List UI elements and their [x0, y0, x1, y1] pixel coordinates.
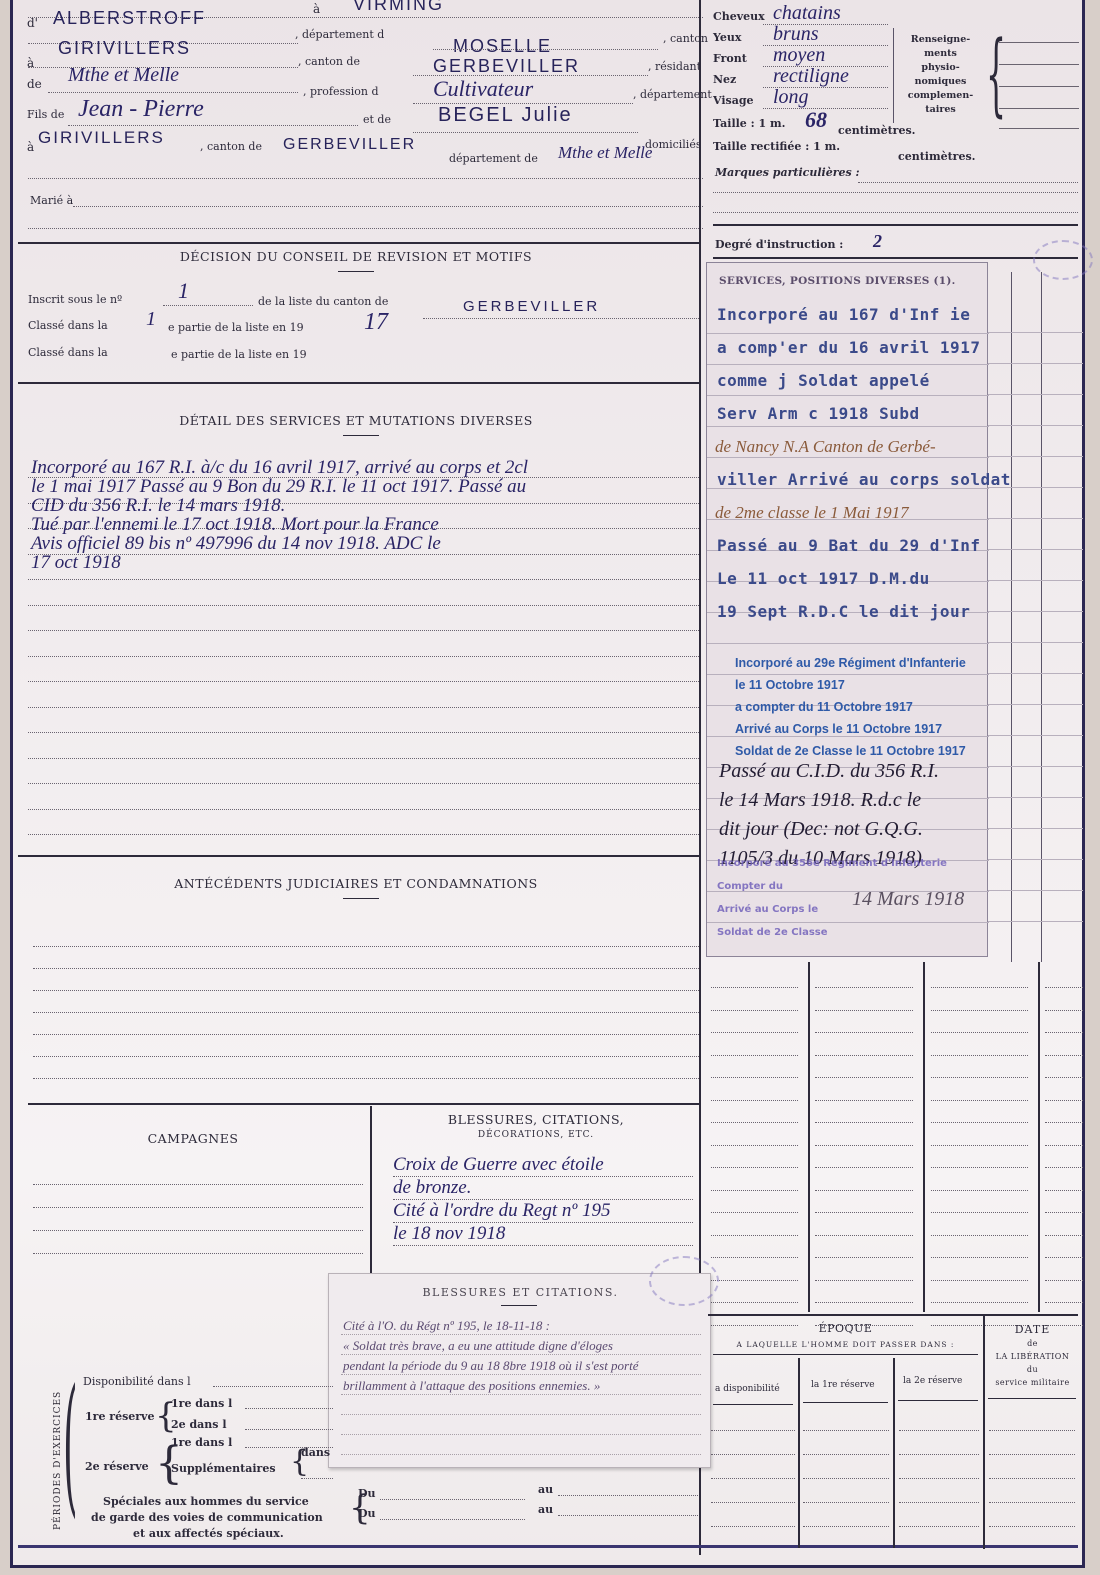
- stamp-line: Le 11 oct 1917 D.M.du: [717, 569, 930, 588]
- date-title-line: du: [985, 1363, 1080, 1376]
- reserve2-item: Supplémentaires: [171, 1462, 276, 1475]
- dotted-line: [558, 1495, 698, 1496]
- periodes-section: PÉRIODES D'EXERCICES ( Disponibilité dan…: [13, 1350, 333, 1550]
- dotted-line: [815, 1302, 913, 1303]
- taille-value: 68: [805, 107, 827, 133]
- dotted-line: [33, 946, 699, 947]
- dotted-line: [711, 1454, 795, 1455]
- dotted-line: [815, 1190, 913, 1191]
- dotted-line: [341, 1334, 701, 1335]
- renseignements-line: Renseigne-: [898, 33, 983, 47]
- reserve2-label: 2e réserve: [85, 1460, 149, 1473]
- dotted-line: [989, 1526, 1075, 1527]
- dotted-line: [33, 1078, 699, 1079]
- liste-canton-value: GERBEVILLER: [463, 298, 600, 315]
- renseignements-label: Renseigne-mentsphysio-nomiquescomplemen-…: [898, 33, 983, 117]
- dotted-line: [245, 1408, 333, 1409]
- residence-value: GIRIVILLERS: [58, 38, 191, 59]
- taille-rectifiee-unit: centimètres.: [898, 150, 976, 163]
- dotted-line: [33, 1253, 363, 1254]
- underbar: [338, 271, 374, 272]
- services-detail-section: DÉTAIL DES SERVICES ET MUTATIONS DIVERSE…: [13, 385, 699, 855]
- signalement-value: moyen: [773, 44, 825, 67]
- dotted-line: [815, 1212, 913, 1213]
- stamp2-line: a compter du 11 Octobre 1917: [735, 700, 913, 714]
- column-line: [923, 962, 925, 1312]
- speciales-dates: Du au Du au: [358, 1485, 703, 1535]
- signalement-label: Cheveux: [713, 10, 765, 23]
- dotted-line: [931, 1100, 1028, 1101]
- epoque-table: ÉPOQUE A LAQUELLE L'HOMME DOIT PASSER DA…: [703, 1312, 1088, 1547]
- dotted-line: [803, 1502, 889, 1503]
- signalement-value: bruns: [773, 23, 819, 46]
- label-canton-de-2: , canton de: [200, 140, 262, 153]
- dotted-line: [815, 1257, 913, 1258]
- dotted-line: [341, 1454, 701, 1455]
- faded-stamp-line: Arrivé au Corps le: [717, 904, 818, 915]
- au-label: au: [538, 1503, 553, 1516]
- dotted-line: [1045, 1077, 1083, 1078]
- services-detail-title: DÉTAIL DES SERVICES ET MUTATIONS DIVERSE…: [13, 413, 699, 428]
- dotted-line: [931, 1235, 1028, 1236]
- stamp-line: Serv Arm c 1918 Subd: [717, 404, 920, 423]
- faded-date: 14 Mars 1918: [852, 888, 964, 911]
- birth-place-value: VIRMING: [353, 0, 444, 15]
- rule: [713, 224, 1078, 226]
- dotted-line: [931, 1167, 1028, 1168]
- handwritten-line: le 14 Mars 1918. R.d.c le: [719, 789, 921, 812]
- line: [999, 86, 1079, 87]
- dotted-line: [815, 1100, 913, 1101]
- dotted-line: [1045, 1145, 1083, 1146]
- dotted-line: [713, 212, 1078, 213]
- signalement-value: rectiligne: [773, 65, 849, 88]
- reserve1-label: 1re réserve: [85, 1410, 154, 1423]
- signalement-label: Nez: [713, 73, 736, 86]
- dotted-line: [711, 1032, 798, 1033]
- speciales-line: et aux affectés spéciaux.: [133, 1527, 284, 1540]
- taille-unit: centimètres.: [838, 124, 916, 137]
- dotted-line: [413, 132, 638, 133]
- signalement-value: chatains: [773, 2, 841, 25]
- dotted-line: [711, 1190, 798, 1191]
- dotted-line: [1045, 1257, 1083, 1258]
- label-fils-de: Fils de: [27, 108, 64, 121]
- dotted-line: [711, 1280, 798, 1281]
- marques-label: Marques particulières :: [715, 166, 860, 179]
- dotted-line: [711, 1212, 798, 1213]
- periodes-side-label: PÉRIODES D'EXERCICES: [53, 1391, 63, 1530]
- dotted-line: [815, 1077, 913, 1078]
- stamp2-line: le 11 Octobre 1917: [735, 678, 845, 692]
- dotted-line: [423, 318, 699, 319]
- faded-stamp-line: Soldat de 2e Classe: [717, 927, 828, 938]
- classe1-label-b: e partie de la liste en 19: [168, 321, 304, 334]
- dotted-line: [803, 1478, 889, 1479]
- rule: [898, 1400, 978, 1401]
- date-title-line: DATE: [985, 1322, 1080, 1337]
- departement-residence-value: Mthe et Melle: [68, 64, 179, 87]
- dotted-line: [931, 987, 1028, 988]
- dotted-line: [815, 1145, 913, 1146]
- antecedents-section: ANTÉCÉDENTS JUDICIAIRES ET CONDAMNATIONS: [13, 858, 699, 1103]
- dotted-line: [341, 1434, 701, 1435]
- canton-residence-value: GERBEVILLER: [433, 56, 580, 77]
- dotted-line: [1045, 1212, 1083, 1213]
- dotted-line: [815, 1032, 913, 1033]
- dotted-line: [803, 1430, 889, 1431]
- signalement-title: SIGNALEMENT: [858, 0, 954, 3]
- rule: [713, 1354, 978, 1355]
- dotted-line: [931, 1257, 1028, 1258]
- dotted-line: [1045, 1010, 1083, 1011]
- label-canton: , canton: [663, 32, 708, 45]
- dotted-line: [1045, 1122, 1083, 1123]
- blessures-line: Croix de Guerre avec étoile: [393, 1154, 604, 1176]
- dotted-line: [1045, 1055, 1083, 1056]
- signalement-label: Visage: [713, 94, 754, 107]
- renseignements-line: nomiques: [898, 75, 983, 89]
- ruled-lines: [988, 302, 1083, 952]
- dotted-line: [393, 1245, 693, 1246]
- dotted-line: [341, 1354, 701, 1355]
- epoque-col-reserve1: la 1re réserve: [811, 1380, 875, 1390]
- liste-canton-label: de la liste du canton de: [258, 295, 388, 308]
- dotted-line: [33, 1034, 699, 1035]
- campagnes-blessures-section: CAMPAGNES BLESSURES, CITATIONS, DÉCORATI…: [13, 1106, 699, 1281]
- line: [999, 42, 1079, 43]
- speciales-line: de garde des voies de communication: [91, 1511, 323, 1524]
- dotted-line: [163, 305, 253, 306]
- dotted-line: [33, 1184, 363, 1185]
- label-canton-de: , canton de: [298, 55, 360, 68]
- stamp-line: de Nancy N.A Canton de Gerbé-: [715, 437, 936, 457]
- rule: [18, 382, 700, 384]
- signalement-value: long: [773, 86, 809, 109]
- dotted-line: [711, 1478, 795, 1479]
- dotted-line: [33, 990, 699, 991]
- canton-birth-value: ALBERSTROFF: [53, 8, 206, 29]
- epoque-subtitle: A LAQUELLE L'HOMME DOIT PASSER DANS :: [703, 1340, 988, 1349]
- speciales-line: Spéciales aux hommes du service: [103, 1495, 309, 1508]
- registry-columns: [703, 962, 1088, 1312]
- dotted-line: [815, 1122, 913, 1123]
- blessures-line: de bronze.: [393, 1177, 471, 1199]
- dotted-line: [1045, 1032, 1083, 1033]
- renseignements-line: taires: [898, 103, 983, 117]
- dotted-line: [301, 1478, 333, 1479]
- dotted-line: [28, 758, 699, 759]
- dotted-line: [1045, 1235, 1083, 1236]
- parents-canton-value: GERBEVILLER: [283, 136, 416, 154]
- parents-place-value: GIRIVILLERS: [38, 128, 165, 148]
- dotted-line: [711, 1430, 795, 1431]
- reserve2-item: 1re dans l: [171, 1436, 232, 1449]
- dotted-line: [380, 1499, 525, 1500]
- dotted-line: [931, 1145, 1028, 1146]
- profession-value: Cultivateur: [433, 76, 533, 102]
- dotted-line: [899, 1526, 979, 1527]
- dotted-line: [28, 834, 699, 835]
- dotted-line: [28, 656, 699, 657]
- dotted-line: [28, 732, 699, 733]
- label-marie: Marié à: [30, 194, 73, 207]
- handwritten-line: dit jour (Dec: not G.Q.G.: [719, 818, 923, 841]
- dotted-line: [989, 1478, 1075, 1479]
- du-label: Du: [358, 1507, 376, 1520]
- identity-section: à VIRMING d' ALBERSTROFF , département d…: [13, 0, 703, 235]
- citation-line: brillamment à l'attaque des positions en…: [343, 1378, 600, 1394]
- parents-departement-value: Mthe et Melle: [558, 143, 652, 163]
- dotted-line: [899, 1478, 979, 1479]
- dotted-line: [815, 1010, 913, 1011]
- faded-stamp-line: Compter du: [717, 881, 783, 892]
- blessures-line: Cité à l'ordre du Regt nº 195: [393, 1200, 611, 1222]
- ink-stamp: [649, 1256, 719, 1306]
- label-residant: , résidant: [648, 60, 701, 73]
- citation-line: pendant la période du 9 au 18 8bre 1918 …: [343, 1358, 639, 1374]
- reserve1-item: 2e dans l: [171, 1418, 227, 1431]
- dotted-line: [28, 579, 699, 580]
- services-positions-title: SERVICES, POSITIONS DIVERSES (1).: [719, 275, 956, 287]
- stamp2-line: Soldat de 2e Classe le 11 Octobre 1917: [735, 744, 966, 758]
- dotted-line: [931, 1122, 1028, 1123]
- date-title-line: de: [985, 1337, 1080, 1350]
- citation-line: « Soldat très brave, a eu une attitude d…: [343, 1338, 613, 1354]
- birth-place-prefix: à: [313, 2, 320, 16]
- dotted-line: [899, 1502, 979, 1503]
- dans-label: dans: [301, 1446, 330, 1459]
- stamp2-line: Incorporé au 29e Régiment d'Infanterie: [735, 656, 966, 670]
- dotted-line: [33, 968, 699, 969]
- dotted-line: [711, 1235, 798, 1236]
- rule: [988, 1398, 1076, 1399]
- dotted-line: [815, 1055, 913, 1056]
- dotted-line: [341, 1374, 701, 1375]
- parents-prefix: à: [27, 140, 34, 154]
- epoque-title: ÉPOQUE: [703, 1322, 988, 1335]
- classe1-partie-value: 1: [146, 308, 156, 331]
- dotted-line: [33, 1056, 699, 1057]
- dotted-line: [931, 1077, 1028, 1078]
- degre-instruction-value: 2: [873, 231, 882, 252]
- renseignements-line: complemen-: [898, 89, 983, 103]
- epoque-col-reserve2: la 2e réserve: [903, 1376, 962, 1386]
- column-line: [808, 962, 810, 1312]
- dotted-line: [68, 125, 358, 126]
- citation-line: Cité à l'O. du Régt nº 195, le 18-11-18 …: [343, 1318, 550, 1334]
- dotted-line: [931, 1212, 1028, 1213]
- dotted-line: [858, 182, 1078, 183]
- dotted-line: [711, 1077, 798, 1078]
- dotted-line: [558, 1515, 698, 1516]
- line: [999, 108, 1079, 109]
- dotted-line: [380, 1519, 525, 1520]
- classe1-label: Classé dans la: [28, 319, 108, 332]
- dotted-line: [931, 1010, 1028, 1011]
- disponibilite-label: Disponibilité dans l: [83, 1375, 191, 1388]
- citation-card: BLESSURES ET CITATIONS. Cité à l'O. du R…: [328, 1273, 711, 1468]
- dotted-line: [899, 1454, 979, 1455]
- dotted-line: [33, 1012, 699, 1013]
- dept-prefix: de: [27, 77, 42, 91]
- services-positions-card: SERVICES, POSITIONS DIVERSES (1). Incorp…: [706, 262, 988, 957]
- dotted-line: [48, 92, 298, 93]
- signalement-section: SIGNALEMENT CheveuxchatainsYeuxbrunsFron…: [703, 0, 1088, 260]
- dotted-line: [1045, 987, 1083, 988]
- conseil-revision-title: DÉCISION DU CONSEIL DE REVISION ET MOTIF…: [13, 249, 699, 264]
- stamp-line: comme j Soldat appelé: [717, 371, 930, 390]
- dotted-line: [815, 987, 913, 988]
- dotted-line: [815, 1280, 913, 1281]
- rule: [713, 257, 1078, 259]
- dotted-line: [1045, 1190, 1083, 1191]
- blessures-subtitle: DÉCORATIONS, ETC.: [373, 1130, 699, 1140]
- dotted-line: [73, 206, 703, 207]
- dotted-line: [711, 1100, 798, 1101]
- campagnes-title: CAMPAGNES: [33, 1131, 353, 1146]
- dotted-line: [815, 1167, 913, 1168]
- renseignements-line: physio-: [898, 61, 983, 75]
- classe2-label: Classé dans la: [28, 346, 108, 359]
- dotted-line: [28, 681, 699, 682]
- dotted-line: [711, 1055, 798, 1056]
- stamp-line: Passé au 9 Bat du 29 d'Inf: [717, 536, 980, 555]
- canton-prefix: d': [27, 16, 38, 30]
- dotted-line: [931, 1280, 1028, 1281]
- rule: [708, 1314, 1078, 1316]
- stamp-line: 19 Sept R.D.C le dit jour: [717, 602, 970, 621]
- date-title-line: service militaire: [985, 1376, 1080, 1389]
- classe2-label-b: e partie de la liste en 19: [171, 348, 307, 361]
- conseil-revision-section: DÉCISION DU CONSEIL DE REVISION ET MOTIF…: [13, 245, 699, 380]
- register-page: à VIRMING d' ALBERSTROFF , département d…: [10, 0, 1085, 1568]
- services-positions-section: SERVICES, POSITIONS DIVERSES (1). Incorp…: [706, 262, 1088, 962]
- services-detail-line: 17 oct 1918: [31, 552, 121, 574]
- rule: [803, 1402, 888, 1403]
- dotted-line: [28, 707, 699, 708]
- dotted-line: [931, 1055, 1028, 1056]
- underbar: [343, 435, 379, 436]
- dotted-line: [433, 49, 658, 50]
- inscrit-label: Inscrit sous le nº: [28, 293, 122, 306]
- dotted-line: [711, 1167, 798, 1168]
- rule: [18, 242, 700, 244]
- reserve1-item: 1re dans l: [171, 1397, 232, 1410]
- dotted-line: [711, 1257, 798, 1258]
- handwritten-line: Passé au C.I.D. du 356 R.I.: [719, 760, 939, 783]
- signalement-label: Front: [713, 52, 747, 65]
- dotted-line: [931, 1190, 1028, 1191]
- dotted-line: [1045, 1167, 1083, 1168]
- date-title-line: LA LIBÉRATION: [985, 1350, 1080, 1363]
- dotted-line: [713, 192, 1078, 193]
- dotted-line: [28, 630, 699, 631]
- father-value: Jean - Pierre: [78, 96, 204, 123]
- label-profession: , profession d: [303, 85, 379, 98]
- dotted-line: [989, 1502, 1075, 1503]
- dotted-line: [28, 809, 699, 810]
- line: [999, 128, 1079, 129]
- rule: [713, 1404, 793, 1405]
- column-line: [798, 1358, 800, 1548]
- degre-instruction-label: Degré d'instruction :: [715, 238, 843, 251]
- dotted-line: [815, 1235, 913, 1236]
- dotted-line: [1045, 1100, 1083, 1101]
- stamp-line: viller Arrivé au corps soldat: [717, 470, 1011, 489]
- column-line: [1038, 962, 1040, 1312]
- taille-label: Taille : 1 m.: [713, 117, 785, 130]
- stamp-line: de 2me classe le 1 Mai 1917: [715, 503, 909, 523]
- underbar: [343, 898, 379, 899]
- dotted-line: [33, 1207, 363, 1208]
- dotted-line: [341, 1414, 701, 1415]
- classe1-year-value: 17: [364, 309, 388, 336]
- ink-stamp: [1033, 240, 1093, 280]
- underbar: [501, 1305, 537, 1306]
- renseignements-line: ments: [898, 47, 983, 61]
- signalement-label: Yeux: [713, 31, 741, 44]
- date-liberation-title: DATEdeLA LIBÉRATIONduservice militaire: [985, 1322, 1080, 1389]
- dotted-line: [1045, 1280, 1083, 1281]
- blessures-line: le 18 nov 1918: [393, 1223, 505, 1245]
- dotted-line: [711, 987, 798, 988]
- au-label: au: [538, 1483, 553, 1496]
- dotted-line: [899, 1430, 979, 1431]
- dotted-line: [711, 1502, 795, 1503]
- brace: {: [986, 30, 1006, 120]
- dotted-line: [245, 1429, 333, 1430]
- dotted-line: [711, 1122, 798, 1123]
- departement-birth-value: MOSELLE: [453, 36, 552, 57]
- brace: (: [63, 1370, 78, 1520]
- stamp-line: Incorporé au 167 d'Inf ie: [717, 305, 970, 324]
- du-label: Du: [358, 1487, 376, 1500]
- taille-rectifiee-label: Taille rectifiée : 1 m.: [713, 140, 840, 153]
- dotted-line: [213, 1386, 333, 1387]
- dotted-line: [711, 1526, 795, 1527]
- label-departement-de: département de: [449, 152, 538, 165]
- line: [999, 64, 1079, 65]
- dotted-line: [341, 1394, 701, 1395]
- dotted-line: [1045, 1302, 1083, 1303]
- dotted-line: [931, 1302, 1028, 1303]
- column-line: [370, 1106, 372, 1281]
- dotted-line: [711, 1010, 798, 1011]
- dotted-line: [28, 228, 703, 229]
- faded-stamp-line: Incorporé au 356e Régiment d'Infanterie: [717, 858, 947, 869]
- label-departement: , département d: [295, 28, 384, 41]
- blessures-title: BLESSURES, CITATIONS,: [373, 1112, 699, 1127]
- dotted-line: [28, 783, 699, 784]
- dotted-line: [989, 1430, 1075, 1431]
- dotted-line: [28, 605, 699, 606]
- dotted-line: [803, 1454, 889, 1455]
- rule: [28, 1103, 700, 1105]
- dotted-line: [803, 1526, 889, 1527]
- stamp2-line: Arrivé au Corps le 11 Octobre 1917: [735, 722, 942, 736]
- antecedents-title: ANTÉCÉDENTS JUDICIAIRES ET CONDAMNATIONS: [13, 876, 699, 891]
- dotted-line: [931, 1032, 1028, 1033]
- dotted-line: [989, 1454, 1075, 1455]
- dotted-line: [711, 1145, 798, 1146]
- epoque-col-disponibilite: a disponibilité: [715, 1384, 780, 1394]
- rule: [18, 855, 700, 857]
- mother-value: BEGEL Julie: [438, 104, 573, 127]
- column-line: [893, 1358, 895, 1548]
- label-et-de: et de: [363, 113, 391, 126]
- dotted-line: [28, 178, 703, 179]
